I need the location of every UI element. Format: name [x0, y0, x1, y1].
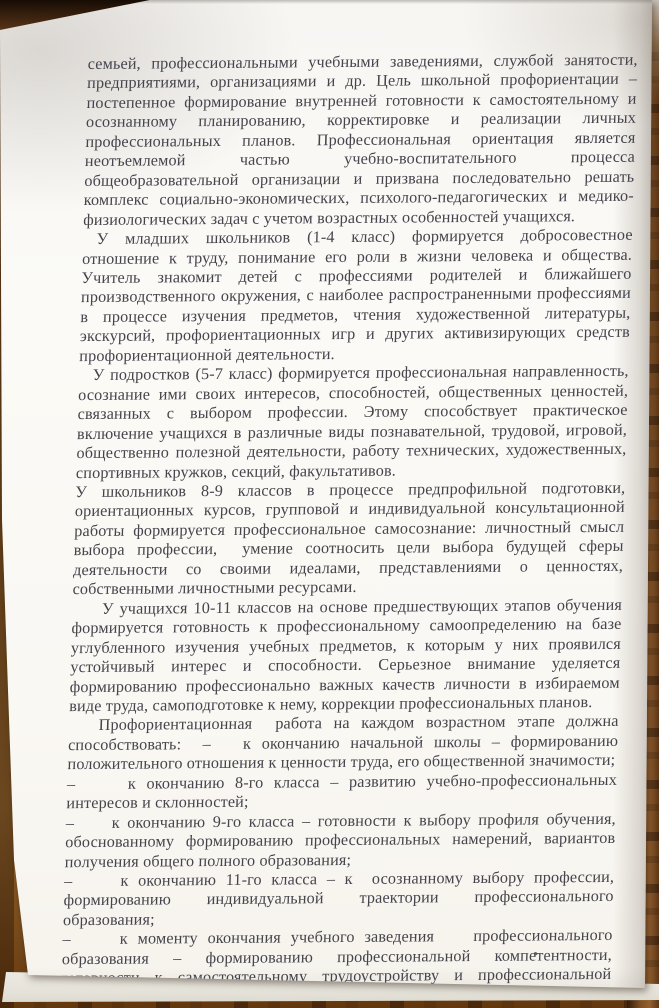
- paragraph: – к окончанию 9-го класса – готовности к…: [64, 810, 616, 873]
- paragraph: У подростков (5-7 класс) формируется про…: [76, 362, 629, 483]
- scanned-document-photo: семьей, профессиональными учебными завед…: [0, 0, 659, 1008]
- paragraph: У учащихся 10-11 классов на основе предш…: [69, 596, 622, 717]
- document-text: семьей, профессиональными учебными завед…: [61, 51, 638, 1008]
- paragraph: – к моменту окончания учебного заведения…: [61, 926, 613, 1008]
- paragraph: – к окончанию 8-го класса – развитию уче…: [66, 771, 617, 814]
- paragraph: У младших школьников (1-4 класс) формиру…: [79, 226, 633, 367]
- paper-sheet: семьей, профессиональными учебными завед…: [0, 0, 659, 1008]
- paragraph: – к окончанию 11-го класса – к осознанно…: [63, 868, 615, 931]
- paragraph: Профориентационная работа на каждом возр…: [67, 712, 619, 775]
- paragraph: семьей, профессиональными учебными завед…: [83, 51, 638, 230]
- paper-sheet-wrap: семьей, профессиональными учебными завед…: [0, 0, 659, 1008]
- paragraph: У школьников 8-9 классов в процессе пред…: [72, 479, 625, 600]
- stray-ink-dot: [534, 952, 537, 955]
